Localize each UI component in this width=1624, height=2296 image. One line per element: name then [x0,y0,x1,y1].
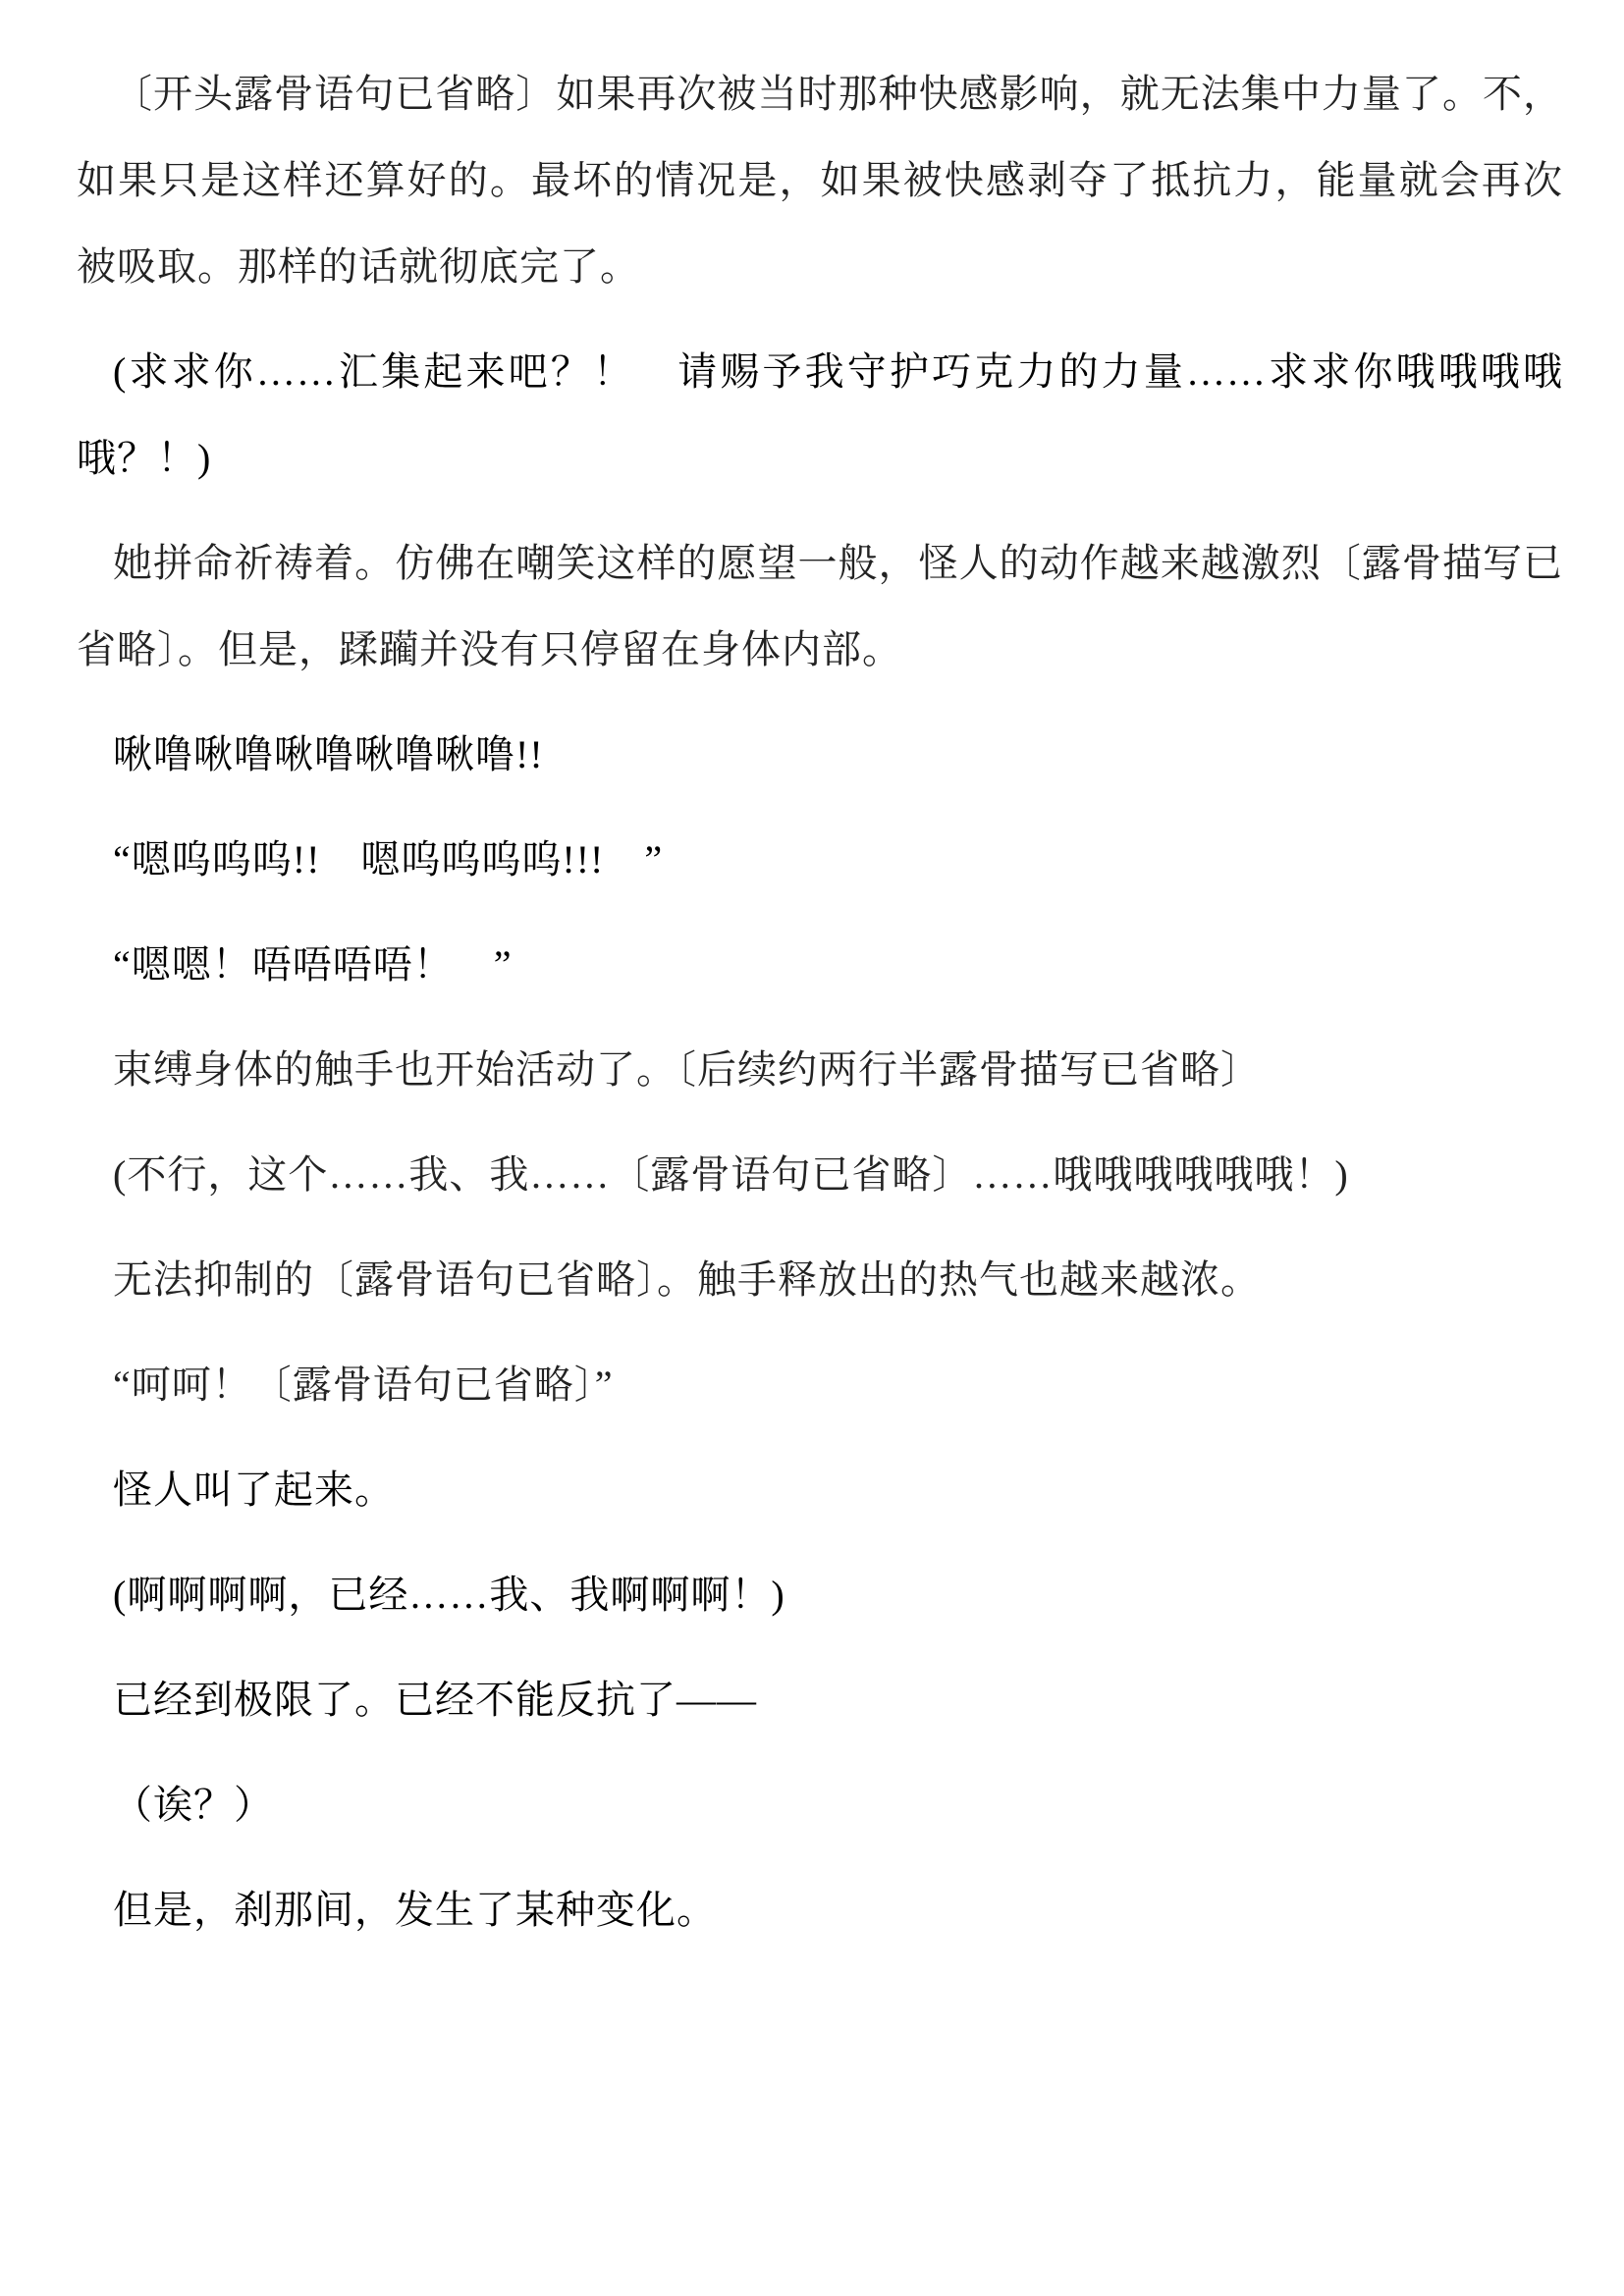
paragraph: (求求你……汇集起来吧？！ 请赐予我守护巧克力的力量……求求你哦哦哦哦哦？！) [77,329,1563,502]
paragraph: (啊啊啊啊，已经……我、我啊啊啊！) [77,1552,1563,1638]
paragraph-redacted: “呵呵！〔露骨语句已省略〕” [77,1342,1563,1428]
paragraph-redacted: 无法抑制的〔露骨语句已省略〕。触手释放出的热气也越来越浓。 [77,1237,1563,1323]
paragraph-redacted: 束缚身体的触手也开始活动了。〔后续约两行半露骨描写已省略〕 [77,1027,1563,1113]
paragraph-redacted: (不行，这个……我、我……〔露骨语句已省略〕……哦哦哦哦哦哦！) [77,1132,1563,1218]
paragraph-redacted: 〔开头露骨语句已省略〕如果再次被当时那种快感影响，就无法集中力量了。不，如果只是… [77,51,1563,310]
paragraph: 已经到极限了。已经不能反抗了—— [77,1657,1563,1743]
paragraph-redacted: 她拼命祈祷着。仿佛在嘲笑这样的愿望一般，怪人的动作越来越激烈〔露骨描写已省略〕。… [77,520,1563,693]
paragraph: “嗯嗯！唔唔唔唔！ ” [77,922,1563,1008]
document-page: 〔开头露骨语句已省略〕如果再次被当时那种快感影响，就无法集中力量了。不，如果只是… [0,0,1624,2296]
paragraph: 怪人叫了起来。 [77,1447,1563,1533]
paragraph: 啾噜啾噜啾噜啾噜啾噜!! [77,712,1563,798]
paragraph: 但是，刹那间，发生了某种变化。 [77,1867,1563,1953]
paragraph: （诶？） [77,1762,1563,1848]
paragraph: “嗯呜呜呜!! 嗯呜呜呜呜!!! ” [77,817,1563,903]
document-body: 〔开头露骨语句已省略〕如果再次被当时那种快感影响，就无法集中力量了。不，如果只是… [77,51,1563,1953]
